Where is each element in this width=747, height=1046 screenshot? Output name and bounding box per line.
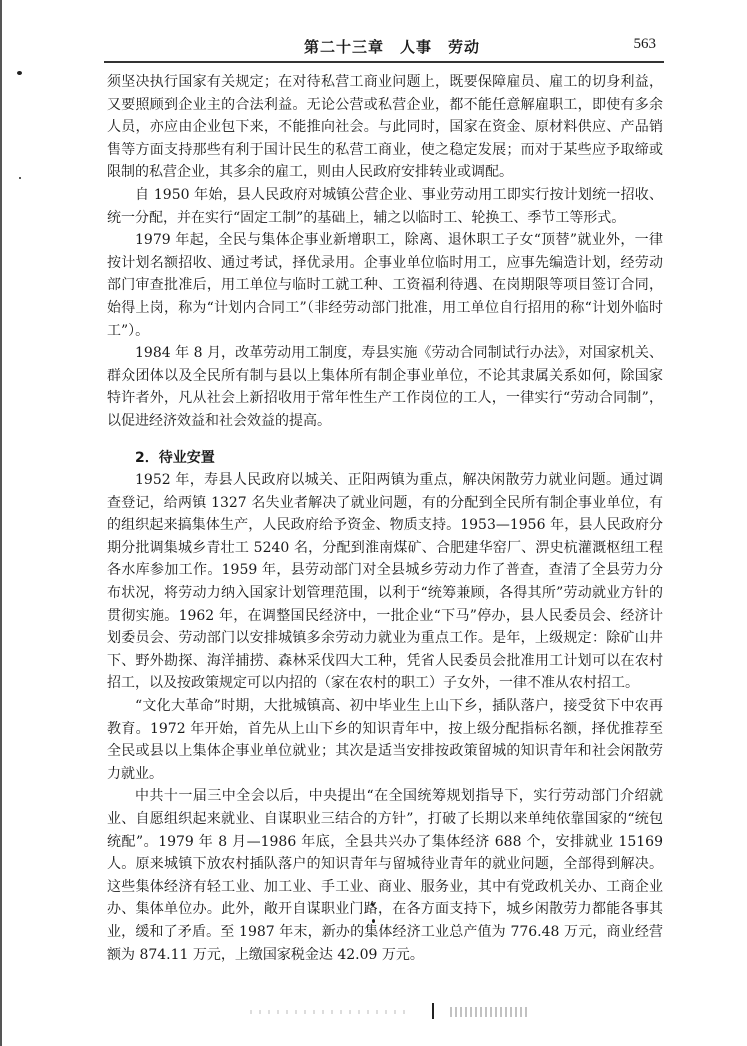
scan-noise [450,1007,530,1017]
paragraph: 1984 年 8 月，改革劳动用工制度，寿县实施《劳动合同制试行办法》，对国家机… [107,342,663,432]
scan-speck [17,71,22,75]
paragraph: 须坚决执行国家有关规定；在对待私营工商业问题上，既要保障雇员、雇工的切身利益，又… [107,71,663,184]
scan-noise [250,1010,410,1014]
scan-left-edge [0,0,2,1046]
page-body: 须坚决执行国家有关规定；在对待私营工商业问题上，既要保障雇员、雇工的切身利益，又… [107,71,663,966]
paragraph: 自 1950 年始，县人民政府对城镇公营企业、事业劳动用工即实行按计划统一招收、… [107,184,663,229]
scan-bar [432,1003,434,1019]
running-header: 第二十三章 人事 劳动 563 [104,36,664,58]
paragraph: “文化大革命”时期，大批城镇高、初中毕业生上山下乡，插队落户，接受贫下中农再教育… [107,695,663,785]
scan-speck [19,177,21,179]
section-heading: 2．待业安置 [107,447,663,470]
scan-artifact-footer [250,1003,540,1019]
chapter-title: 第二十三章 人事 劳动 [304,36,480,57]
page-number: 563 [634,36,657,53]
paragraph: 中共十一届三中全会以后，中央提出“在全国统筹规划指导下，实行劳动部门介绍就业、自… [107,785,663,966]
header-rule [104,61,664,63]
paragraph: 1979 年起，全民与集体企事业新增职工，除离、退休职工子女“顶替”就业外，一律… [107,229,663,342]
paragraph: 1952 年，寿县人民政府以城关、正阳两镇为重点，解决闲散劳力就业问题。通过调查… [107,469,663,695]
